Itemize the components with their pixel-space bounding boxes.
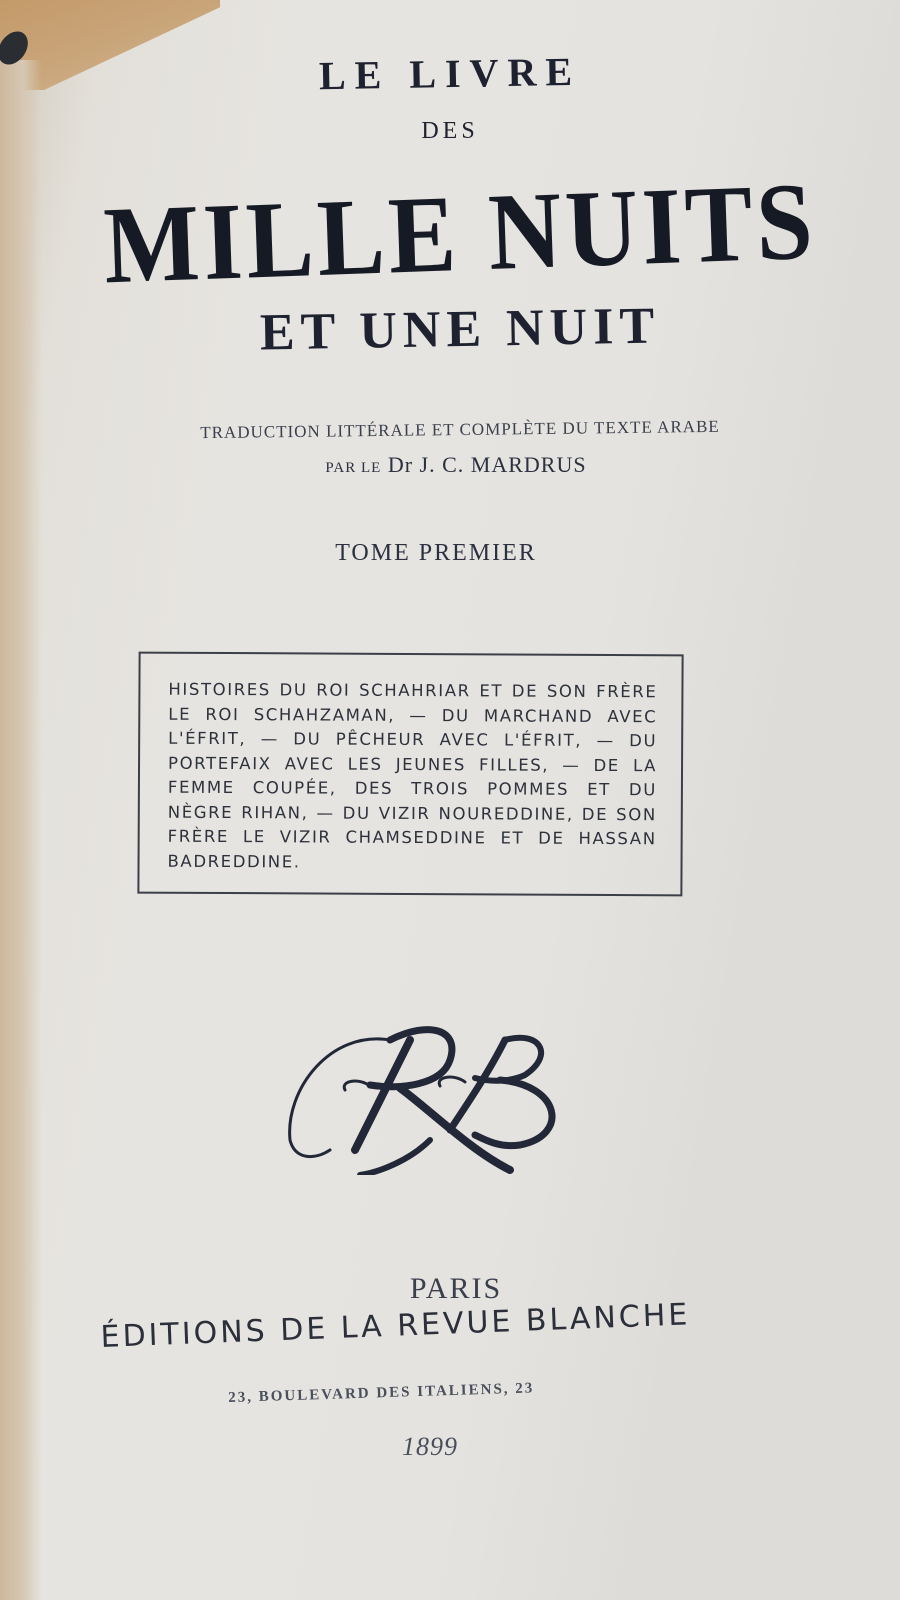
translator-prefix: PAR LE [325,460,381,476]
main-title: MILLE NUITS [44,156,876,312]
publisher-city: PARIS [6,1272,900,1306]
title-line-des: DES [0,118,900,145]
publication-year: 1899 [0,1432,880,1462]
rb-monogram-icon [270,1000,570,1175]
contents-box: HISTOIRES DU ROI SCHAHRIAR ET DE SON FRÈ… [137,652,683,897]
book-page: LE LIVRE DES MILLE NUITS ET UNE NUIT TRA… [0,0,900,1600]
subtitle-translation: TRADUCTION LITTÉRALE ET COMPLÈTE DU TEXT… [10,415,900,446]
contents-text: HISTOIRES DU ROI SCHAHRIAR ET DE SON FRÈ… [167,678,657,877]
book-spine-shadow [0,60,42,1600]
volume-label: TOME PREMIER [0,540,886,567]
translator-line: PAR LE Dr J. C. MARDRUS [6,452,900,478]
title-line-le-livre: LE LIVRE [0,42,900,105]
translator-name: Dr J. C. MARDRUS [388,452,587,477]
publisher-address: 23, BOULEVARD DES ITALIENS, 23 [228,1380,535,1407]
